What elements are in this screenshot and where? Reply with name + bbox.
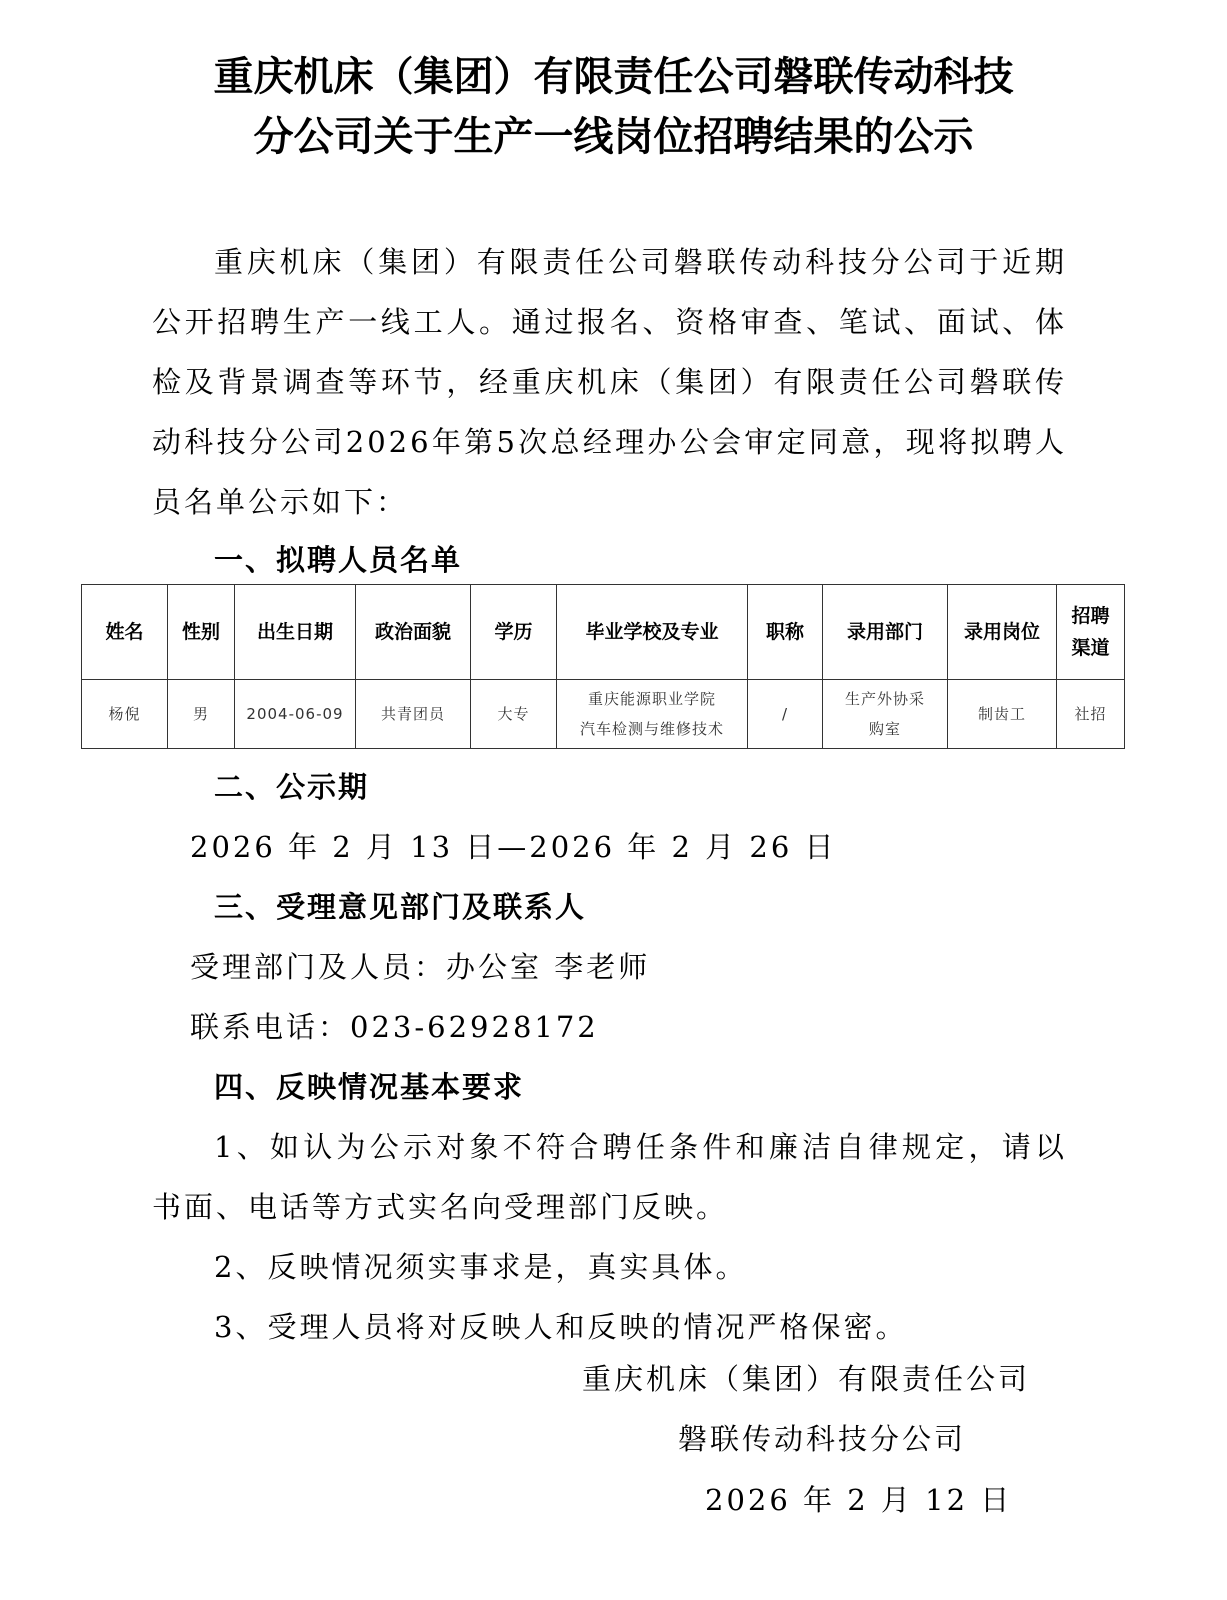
signature-date: 2026 年 2 月 12 日 — [705, 1480, 1012, 1520]
cell-department: 生产外协采 购室 — [823, 680, 948, 749]
cell-school-major: 重庆能源职业学院 汽车检测与维修技术 — [557, 680, 748, 749]
cell-channel: 社招 — [1057, 680, 1125, 749]
cell-position: 制齿工 — [948, 680, 1057, 749]
header-name: 姓名 — [82, 585, 168, 680]
requirement-item-1: 1、如认为公示对象不符合聘任条件和廉洁自律规定，请以书面、电话等方式实名向受理部… — [152, 1117, 1067, 1237]
publicity-period: 2026 年 2 月 13 日—2026 年 2 月 26 日 — [190, 827, 837, 867]
signature-org-line-1: 重庆机床（集团）有限责任公司 — [582, 1359, 1030, 1399]
cell-birth-date: 2004-06-09 — [235, 680, 356, 749]
candidate-table: 姓名 性别 出生日期 政治面貌 学历 毕业学校及专业 职称 录用部门 录用岗位 … — [81, 584, 1125, 749]
cell-name: 杨倪 — [82, 680, 168, 749]
contact-department: 受理部门及人员：办公室 李老师 — [190, 947, 650, 987]
header-title: 职称 — [748, 585, 823, 680]
section-3-heading: 三、受理意见部门及联系人 — [214, 887, 586, 927]
requirement-item-3: 3、受理人员将对反映人和反映的情况严格保密。 — [214, 1307, 907, 1347]
section-1-heading: 一、拟聘人员名单 — [214, 540, 462, 580]
cell-title: / — [748, 680, 823, 749]
intro-paragraph: 重庆机床（集团）有限责任公司磐联传动科技分公司于近期公开招聘生产一线工人。通过报… — [152, 232, 1067, 532]
header-channel: 招聘 渠道 — [1057, 585, 1125, 680]
cell-gender: 男 — [168, 680, 235, 749]
requirement-item-2: 2、反映情况须实事求是，真实具体。 — [214, 1247, 747, 1287]
header-position: 录用岗位 — [948, 585, 1057, 680]
title-line-2: 分公司关于生产一线岗位招聘结果的公示 — [0, 107, 1227, 167]
section-4-heading: 四、反映情况基本要求 — [214, 1067, 524, 1107]
header-education: 学历 — [471, 585, 557, 680]
header-birth-date: 出生日期 — [235, 585, 356, 680]
title-line-1: 重庆机床（集团）有限责任公司磐联传动科技 — [0, 47, 1227, 107]
header-school-major: 毕业学校及专业 — [557, 585, 748, 680]
contact-phone: 联系电话：023-62928172 — [190, 1007, 599, 1047]
cell-political-status: 共青团员 — [356, 680, 471, 749]
signature-org-line-2: 磐联传动科技分公司 — [678, 1419, 966, 1459]
header-gender: 性别 — [168, 585, 235, 680]
header-political-status: 政治面貌 — [356, 585, 471, 680]
header-department: 录用部门 — [823, 585, 948, 680]
table-row: 杨倪 男 2004-06-09 共青团员 大专 重庆能源职业学院 汽车检测与维修… — [82, 680, 1125, 749]
cell-education: 大专 — [471, 680, 557, 749]
section-2-heading: 二、公示期 — [214, 767, 369, 807]
table-header-row: 姓名 性别 出生日期 政治面貌 学历 毕业学校及专业 职称 录用部门 录用岗位 … — [82, 585, 1125, 680]
